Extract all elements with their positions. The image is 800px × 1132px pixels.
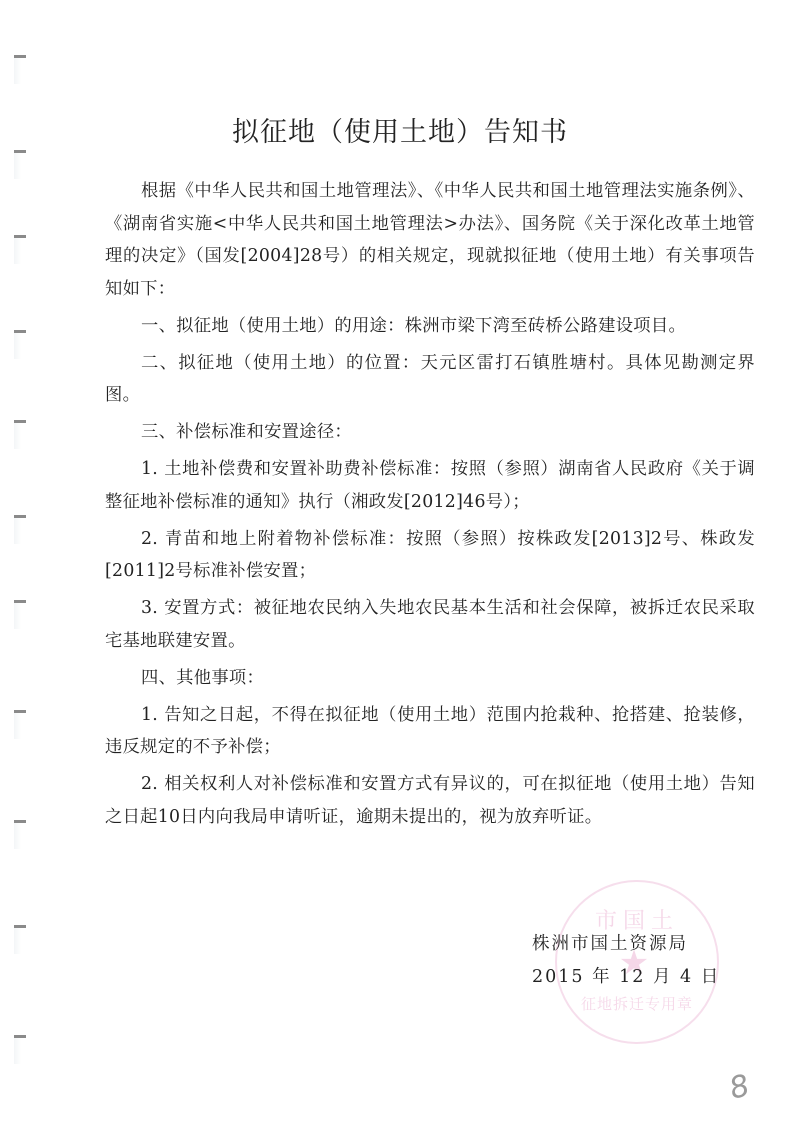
paragraph-purpose: 一、拟征地（使用土地）的用途：株洲市梁下湾至砖桥公路建设项目。 (105, 310, 755, 343)
paragraph-compensation-3: 3. 安置方式：被征地农民纳入失地农民基本生活和社会保障，被拆迁农民采取宅基地联… (105, 592, 755, 657)
binding-hole-mark (14, 820, 26, 849)
paragraph-other-heading: 四、其他事项： (105, 662, 755, 695)
binding-hole-mark (14, 55, 26, 84)
paragraph-preamble: 根据《中华人民共和国土地管理法》、《中华人民共和国土地管理法实施条例》、《湖南省… (105, 175, 755, 305)
document-title: 拟征地（使用土地）告知书 (0, 110, 800, 149)
document-body: 根据《中华人民共和国土地管理法》、《中华人民共和国土地管理法实施条例》、《湖南省… (105, 175, 755, 838)
binding-hole-mark (14, 330, 26, 359)
paragraph-compensation-2: 2. 青苗和地上附着物补偿标准：按照（参照）按株政发[2013]2号、株政发[2… (105, 523, 755, 588)
paragraph-location: 二、拟征地（使用土地）的位置：天元区雷打石镇胜塘村。具体见勘测定界图。 (105, 347, 755, 412)
paragraph-other-1: 1. 告知之日起，不得在拟征地（使用土地）范围内抢栽种、抢搭建、抢装修，违反规定… (105, 699, 755, 764)
paragraph-compensation-heading: 三、补偿标准和安置途径： (105, 416, 755, 449)
binding-hole-mark (14, 235, 26, 264)
seal-text-bottom: 征地拆迁专用章 (557, 993, 717, 1014)
signature-organization: 株洲市国土资源局 (532, 930, 688, 955)
paragraph-compensation-1: 1. 土地补偿费和安置补助费补偿标准：按照（参照）湖南省人民政府《关于调整征地补… (105, 453, 755, 518)
official-seal: 市国土 ★ 征地拆迁专用章 (555, 880, 719, 1044)
paragraph-other-2: 2. 相关权利人对补偿标准和安置方式有异议的，可在拟征地（使用土地）告知之日起1… (105, 768, 755, 833)
binding-hole-mark (14, 710, 26, 739)
binding-hole-mark (14, 600, 26, 629)
binding-hole-mark (14, 515, 26, 544)
handwritten-page-number: 8 (726, 1068, 754, 1107)
signature-date: 2015 年 12 月 4 日 (532, 963, 720, 988)
binding-hole-mark (14, 1035, 26, 1064)
binding-hole-mark (14, 420, 26, 449)
binding-hole-mark (14, 925, 26, 954)
binding-hole-mark (14, 150, 26, 179)
